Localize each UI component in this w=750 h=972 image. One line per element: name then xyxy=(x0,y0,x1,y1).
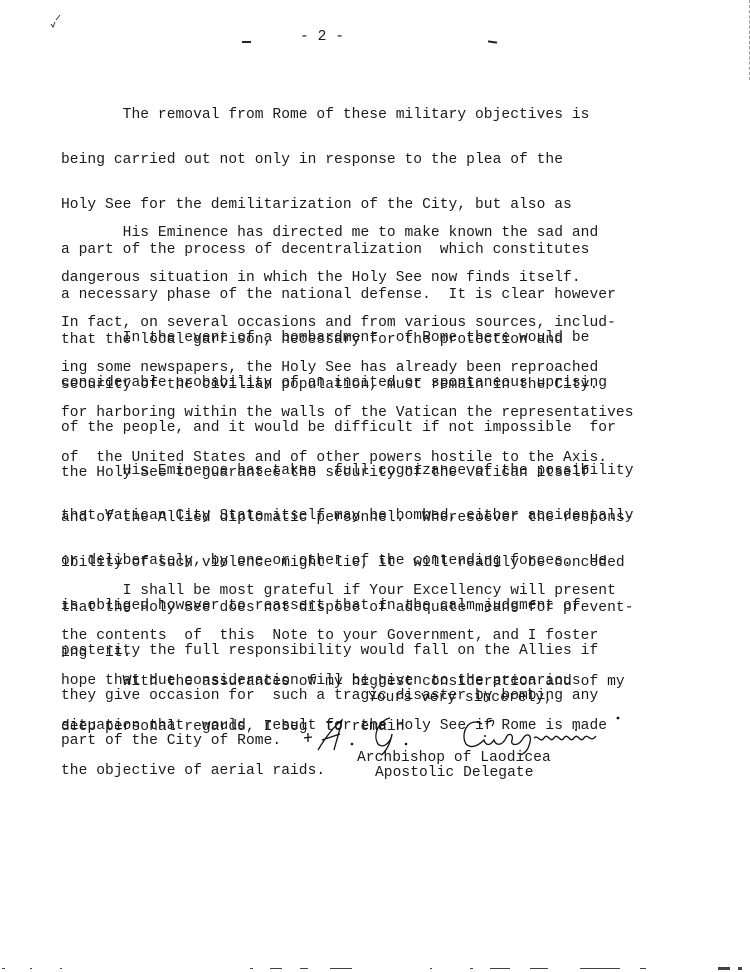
document-page: - 2 - The removal from Rome of these mil… xyxy=(0,0,750,972)
signer-title-delegate: Apostolic Delegate xyxy=(375,766,534,781)
text-line: that Vatican City State itself may be bo… xyxy=(61,509,634,524)
handwritten-signature: + A. G. Cicognani xyxy=(300,710,630,755)
stray-mark-icon xyxy=(48,12,68,32)
text-line: His Eminence has directed me to make kno… xyxy=(61,226,634,241)
text-line: The removal from Rome of these military … xyxy=(61,108,616,123)
text-line: In the event of a bombardment of Rome th… xyxy=(61,331,634,346)
scan-bottom-edge xyxy=(0,966,750,972)
closing-salutation: Yours very sincerely, xyxy=(368,691,553,706)
header-dash-left xyxy=(242,41,251,43)
header-dash-right xyxy=(488,40,497,43)
text-line: His Eminence has taken full cognizance o… xyxy=(61,464,634,479)
text-line: With the assurances of my highest consid… xyxy=(61,675,625,690)
text-line: the contents of this Note to your Govern… xyxy=(61,629,616,644)
text-line: dangerous situation in which the Holy Se… xyxy=(61,271,634,286)
text-line: I shall be most grateful if Your Excelle… xyxy=(61,584,616,599)
page-number: - 2 - xyxy=(300,30,344,45)
text-line: considerable probability of an incited o… xyxy=(61,376,634,391)
signer-title-archbishop: Archbishop of Laodicea xyxy=(357,751,551,766)
text-line: being carried out not only in response t… xyxy=(61,153,616,168)
